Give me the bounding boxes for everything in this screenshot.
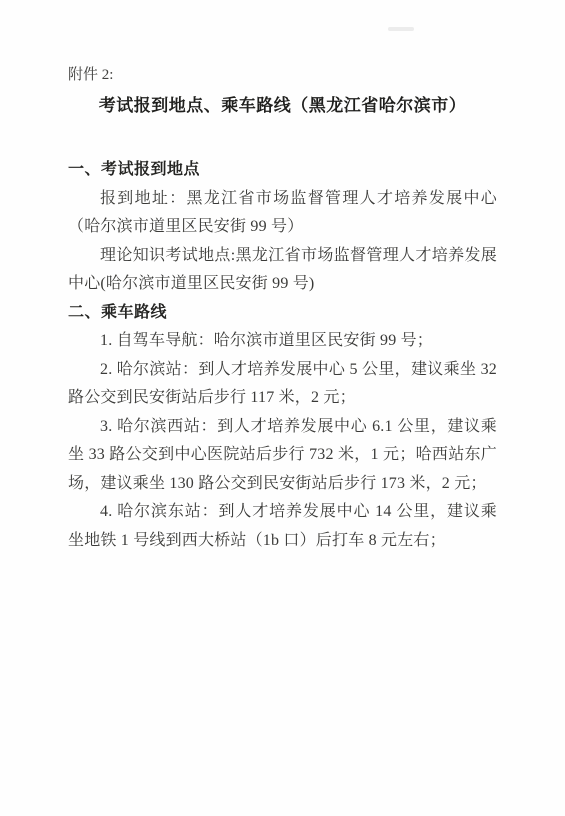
scan-artifact: [388, 27, 414, 31]
route-item-harbin-east-station: 4. 哈尔滨东站：到人才培养发展中心 14 公里，建议乘坐地铁 1 号线到西大桥…: [68, 498, 497, 555]
route-item-harbin-west-station: 3. 哈尔滨西站：到人才培养发展中心 6.1 公里，建议乘坐 33 路公交到中心…: [68, 413, 497, 499]
document-title: 考试报到地点、乘车路线（黑龙江省哈尔滨市）: [68, 94, 497, 118]
route-item-self-driving: 1. 自驾车导航：哈尔滨市道里区民安街 99 号；: [68, 327, 497, 356]
section-heading-bus-routes: 二、乘车路线: [68, 299, 497, 328]
route-item-harbin-station: 2. 哈尔滨站：到人才培养发展中心 5 公里，建议乘坐 32 路公交到民安街站后…: [68, 356, 497, 413]
section-heading-checkin-location: 一、考试报到地点: [68, 156, 497, 185]
document-page: 附件 2: 考试报到地点、乘车路线（黑龙江省哈尔滨市） 一、考试报到地点 报到地…: [0, 0, 565, 816]
paragraph-checkin-address: 报到地址：黑龙江省市场监督管理人才培养发展中心（哈尔滨市道里区民安街 99 号）: [68, 185, 497, 242]
attachment-label: 附件 2:: [68, 64, 497, 86]
paragraph-theory-exam-location: 理论知识考试地点:黑龙江省市场监督管理人才培养发展中心(哈尔滨市道里区民安街 9…: [68, 242, 497, 299]
